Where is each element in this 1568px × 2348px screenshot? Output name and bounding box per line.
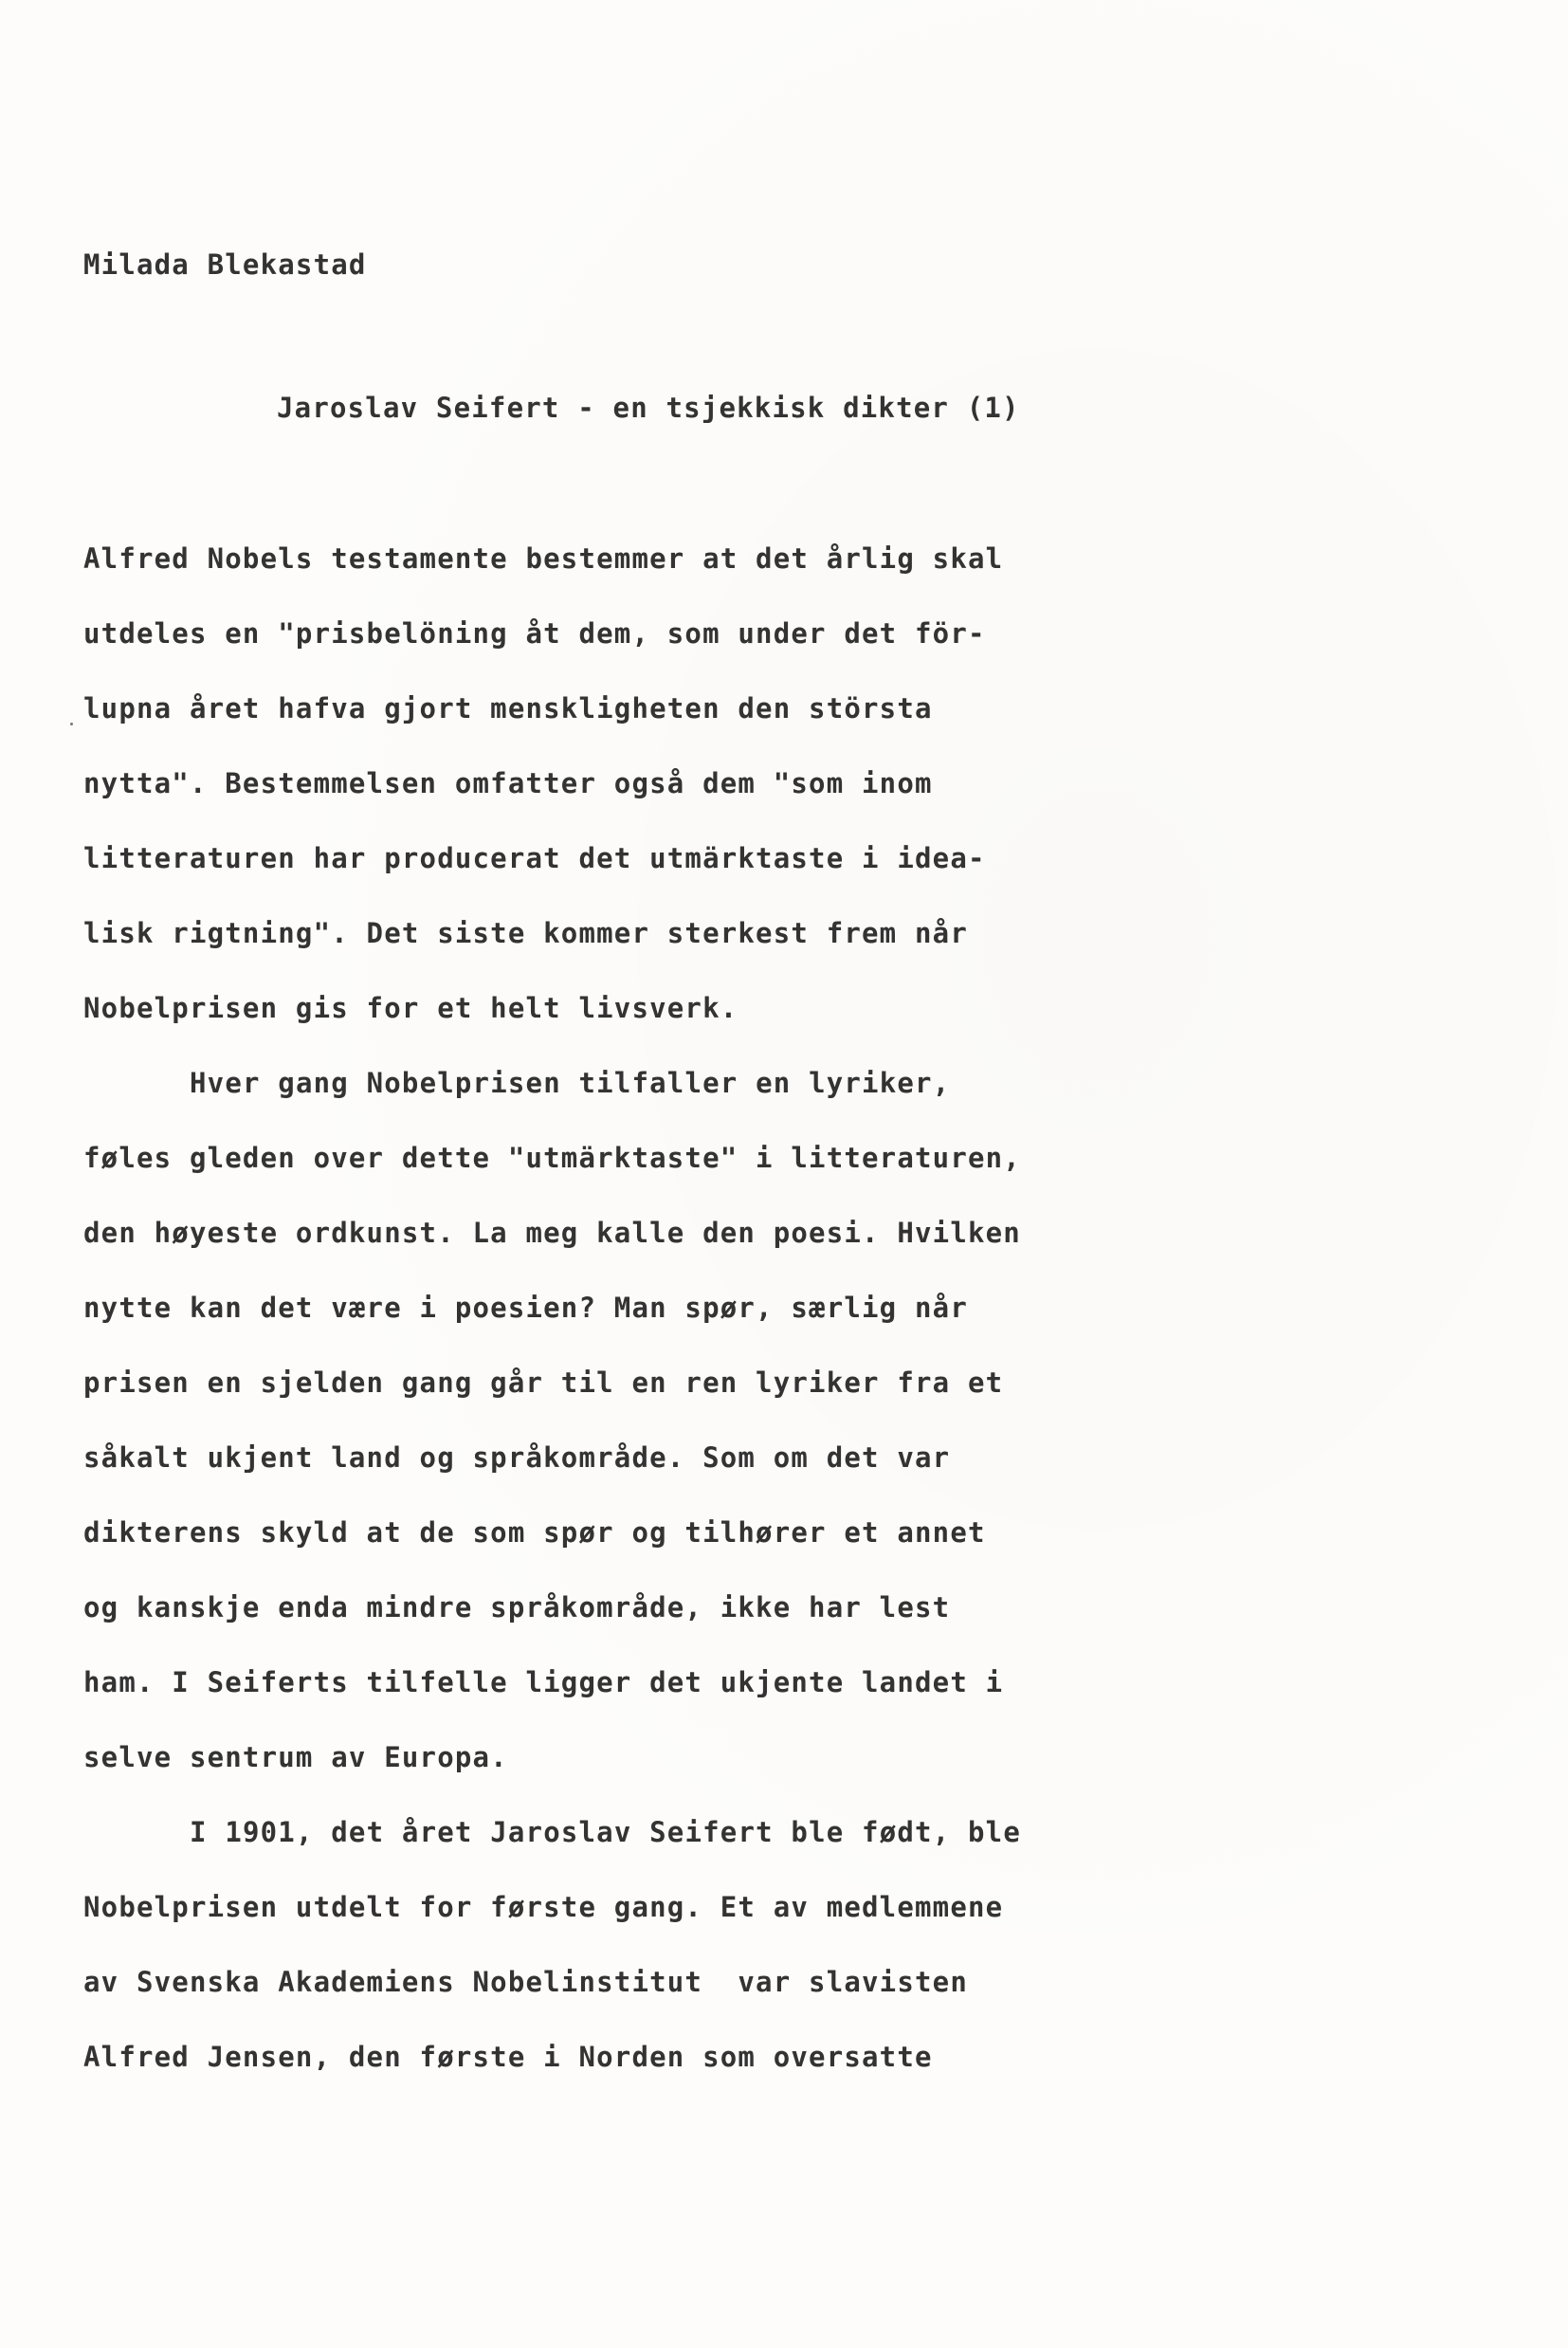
text-line: lupna året hafva gjort menskligheten den… <box>83 692 1021 767</box>
author-name: Milada Blekastad <box>83 251 367 279</box>
text-line: prisen en sjelden gang går til en ren ly… <box>83 1367 1021 1441</box>
text-line: selve sentrum av Europa. <box>83 1741 1021 1816</box>
text-line: føles gleden over dette "utmärktaste" i … <box>83 1142 1021 1217</box>
text-line: Nobelprisen utdelt for første gang. Et a… <box>83 1891 1021 1966</box>
text-line: Alfred Jensen, den første i Norden som o… <box>83 2041 1021 2116</box>
text-line: litteraturen har producerat det utmärkta… <box>83 842 1021 917</box>
text-line: lisk rigtning". Det siste kommer sterkes… <box>83 917 1021 992</box>
text-line: og kanskje enda mindre språkområde, ikke… <box>83 1591 1021 1666</box>
document-title: Jaroslav Seifert - en tsjekkisk dikter (… <box>277 394 1020 422</box>
text-line: den høyeste ordkunst. La meg kalle den p… <box>83 1217 1021 1292</box>
text-line: I 1901, det året Jaroslav Seifert ble fø… <box>83 1816 1021 1891</box>
text-line: nytta". Bestemmelsen omfatter også dem "… <box>83 767 1021 842</box>
text-line: dikterens skyld at de som spør og tilhør… <box>83 1516 1021 1591</box>
text-line: Hver gang Nobelprisen tilfaller en lyrik… <box>83 1067 1021 1142</box>
document-page: Milada Blekastad Jaroslav Seifert - en t… <box>0 0 1568 2348</box>
text-line: ham. I Seiferts tilfelle ligger det ukje… <box>83 1666 1021 1741</box>
body-text: Alfred Nobels testamente bestemmer at de… <box>83 542 1021 2116</box>
text-line: såkalt ukjent land og språkområde. Som o… <box>83 1441 1021 1516</box>
text-line: av Svenska Akademiens Nobelinstitut var … <box>83 1966 1021 2041</box>
text-line: nytte kan det være i poesien? Man spør, … <box>83 1292 1021 1367</box>
text-line: utdeles en "prisbelöning åt dem, som und… <box>83 617 1021 692</box>
text-line: Nobelprisen gis for et helt livsverk. <box>83 992 1021 1067</box>
text-line: Alfred Nobels testamente bestemmer at de… <box>83 542 1021 617</box>
paper-speck <box>70 723 73 725</box>
